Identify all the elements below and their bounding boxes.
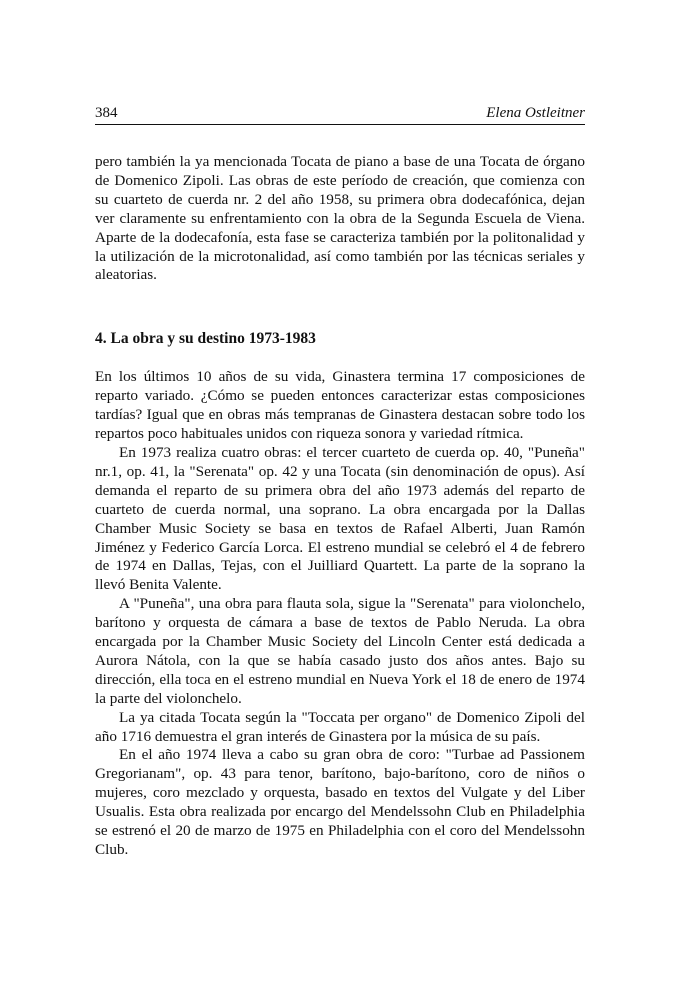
section-heading: 4. La obra y su destino 1973-1983 xyxy=(95,329,585,348)
paragraph: En 1973 realiza cuatro obras: el tercer … xyxy=(95,444,585,595)
paragraph: La ya citada Tocata según la "Toccata pe… xyxy=(95,709,585,747)
intro-paragraph: pero también la ya mencionada Tocata de … xyxy=(95,153,585,285)
paragraph: A "Puneña", una obra para flauta sola, s… xyxy=(95,595,585,708)
running-head-author: Elena Ostleitner xyxy=(486,104,585,122)
book-page: 384 Elena Ostleitner pero también la ya … xyxy=(95,104,585,860)
body-text: pero también la ya mencionada Tocata de … xyxy=(95,153,585,860)
paragraph: En los últimos 10 años de su vida, Ginas… xyxy=(95,368,585,444)
page-number: 384 xyxy=(95,104,118,122)
running-header: 384 Elena Ostleitner xyxy=(95,104,585,125)
paragraph: En el año 1974 lleva a cabo su gran obra… xyxy=(95,746,585,859)
